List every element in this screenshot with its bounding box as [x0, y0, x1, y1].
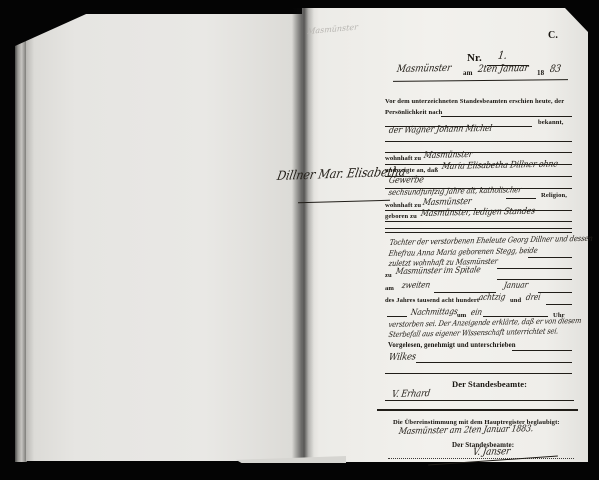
- form-letter-c: C.: [548, 30, 558, 41]
- form-rule: [385, 152, 572, 153]
- religion-label: Religion,: [541, 192, 567, 199]
- form-rule: [385, 400, 574, 401]
- form-rule: [546, 304, 572, 305]
- witness-signature: Wilkes: [388, 351, 417, 363]
- section-divider: [385, 232, 572, 233]
- zu-label: zu: [385, 272, 392, 279]
- year-tens: achtzig: [478, 292, 506, 303]
- dotted-rule: [388, 458, 574, 459]
- dateline-daymonth: 2ten Januar: [477, 63, 529, 75]
- geboren-label: geboren zu: [385, 213, 417, 220]
- registrar-signature: V. Erhard: [391, 388, 431, 400]
- nr-label: Nr.: [467, 52, 482, 64]
- und-label: und: [510, 297, 521, 304]
- book-gutter-shadow: [292, 8, 314, 462]
- hour-value: ein: [470, 308, 483, 318]
- death-month: Januar: [503, 280, 529, 291]
- dateline-place: Masmünster: [396, 63, 452, 75]
- dateline-century: 18: [537, 69, 544, 77]
- registrar-label: Der Standesbeamte:: [452, 379, 527, 389]
- approved-label: Vorgelesen, genehmigt und unterschrieben: [388, 342, 516, 349]
- wohnhaft-label-1: wohnhaft zu: [385, 155, 421, 162]
- intro-line2: Persönlichkeit nach: [385, 109, 442, 116]
- form-rule: [497, 279, 572, 280]
- death-day: zweiten: [401, 280, 431, 291]
- death-place: Masmünster im Spitale: [395, 265, 481, 277]
- form-rule: [506, 198, 536, 199]
- section-divider: [377, 409, 578, 411]
- scanned-register-page: Masmünster C. Dillner Mar. Elisabetha Nr…: [0, 0, 599, 480]
- intro-line1: Vor dem unterzeichneten Standesbeamten e…: [385, 98, 564, 105]
- intro-known: bekannt,: [538, 119, 564, 126]
- form-rule: [416, 362, 572, 363]
- form-rule: [497, 268, 572, 269]
- am-label: am: [385, 285, 394, 292]
- form-rule: [441, 116, 572, 117]
- dateline-year: 83: [549, 64, 562, 75]
- residence-1: Masmünster: [423, 150, 473, 161]
- wohnhaft-label-2: wohnhaft zu: [385, 202, 421, 209]
- form-rule: [385, 141, 572, 142]
- section-divider: [385, 373, 572, 374]
- year-ones: drei: [525, 293, 541, 303]
- residence-2: Masmünster: [422, 197, 472, 208]
- left-blank-page: [26, 14, 302, 461]
- registrar-signature-2: V. Janser: [472, 446, 511, 458]
- form-rule: [385, 221, 572, 222]
- section-divider: [385, 228, 572, 229]
- form-rule: [528, 257, 572, 258]
- year-printed: des Jahres tausend acht hundert: [385, 297, 479, 304]
- form-rule: [387, 316, 407, 317]
- form-rule: [512, 350, 572, 351]
- form-rule: [538, 292, 572, 293]
- daytime: Nachmittags: [410, 307, 458, 318]
- dateline-am: am: [463, 69, 473, 77]
